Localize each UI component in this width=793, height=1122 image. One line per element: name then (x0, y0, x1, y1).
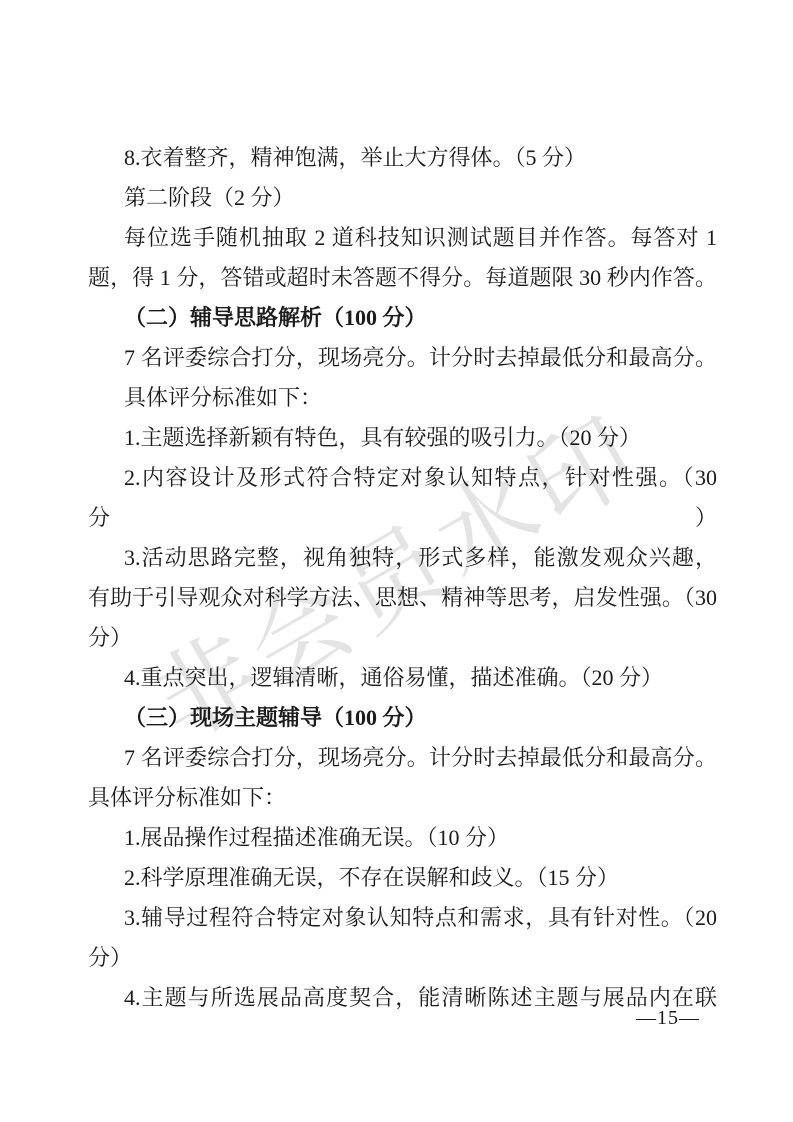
text-line: 1.展品操作过程描述准确无误。（10 分） (88, 818, 717, 858)
text-line: 具体评分标准如下： (88, 378, 717, 418)
text-line: 1.主题选择新颖有特色，具有较强的吸引力。（20 分） (88, 418, 717, 458)
text-line: 4.重点突出，逻辑清晰，通俗易懂，描述准确。（20 分） (88, 658, 717, 698)
text-line: （三）现场主题辅导（100 分） (88, 698, 717, 738)
page-number: —15— (636, 1007, 700, 1030)
text-line: 7 名评委综合打分，现场亮分。计分时去掉最低分和最高分。 (88, 738, 717, 778)
text-line: 4.主题与所选展品高度契合，能清晰陈述主题与展品内在联 (88, 978, 717, 1018)
text-line: 3.活动思路完整，视角独特，形式多样，能激发观众兴趣， (88, 538, 717, 578)
text-line: 具体评分标准如下： (88, 778, 717, 818)
text-line: 分） (88, 618, 717, 658)
document-body: 8.衣着整齐，精神饱满，举止大方得体。（5 分）第二阶段（2 分）每位选手随机抽… (88, 138, 717, 1018)
text-line: 每位选手随机抽取 2 道科技知识测试题目并作答。每答对 1 (88, 218, 717, 258)
text-line: 第二阶段（2 分） (88, 178, 717, 218)
document-page: 非会员水印 8.衣着整齐，精神饱满，举止大方得体。（5 分）第二阶段（2 分）每… (0, 0, 793, 1122)
text-line: 题，得 1 分，答错或超时未答题不得分。每道题限 30 秒内作答。 (88, 258, 717, 298)
text-line: 有助于引导观众对科学方法、思想、精神等思考，启发性强。（30 (88, 578, 717, 618)
text-line: 2.科学原理准确无误，不存在误解和歧义。（15 分） (88, 858, 717, 898)
text-line: 8.衣着整齐，精神饱满，举止大方得体。（5 分） (88, 138, 717, 178)
text-line: 3.辅导过程符合特定对象认知特点和需求，具有针对性。（20 (88, 898, 717, 938)
text-line: 7 名评委综合打分，现场亮分。计分时去掉最低分和最高分。 (88, 338, 717, 378)
text-line: （二）辅导思路解析（100 分） (88, 298, 717, 338)
text-line: 分） (88, 938, 717, 978)
text-line: 2.内容设计及形式符合特定对象认知特点，针对性强。（30 分） (88, 458, 717, 538)
